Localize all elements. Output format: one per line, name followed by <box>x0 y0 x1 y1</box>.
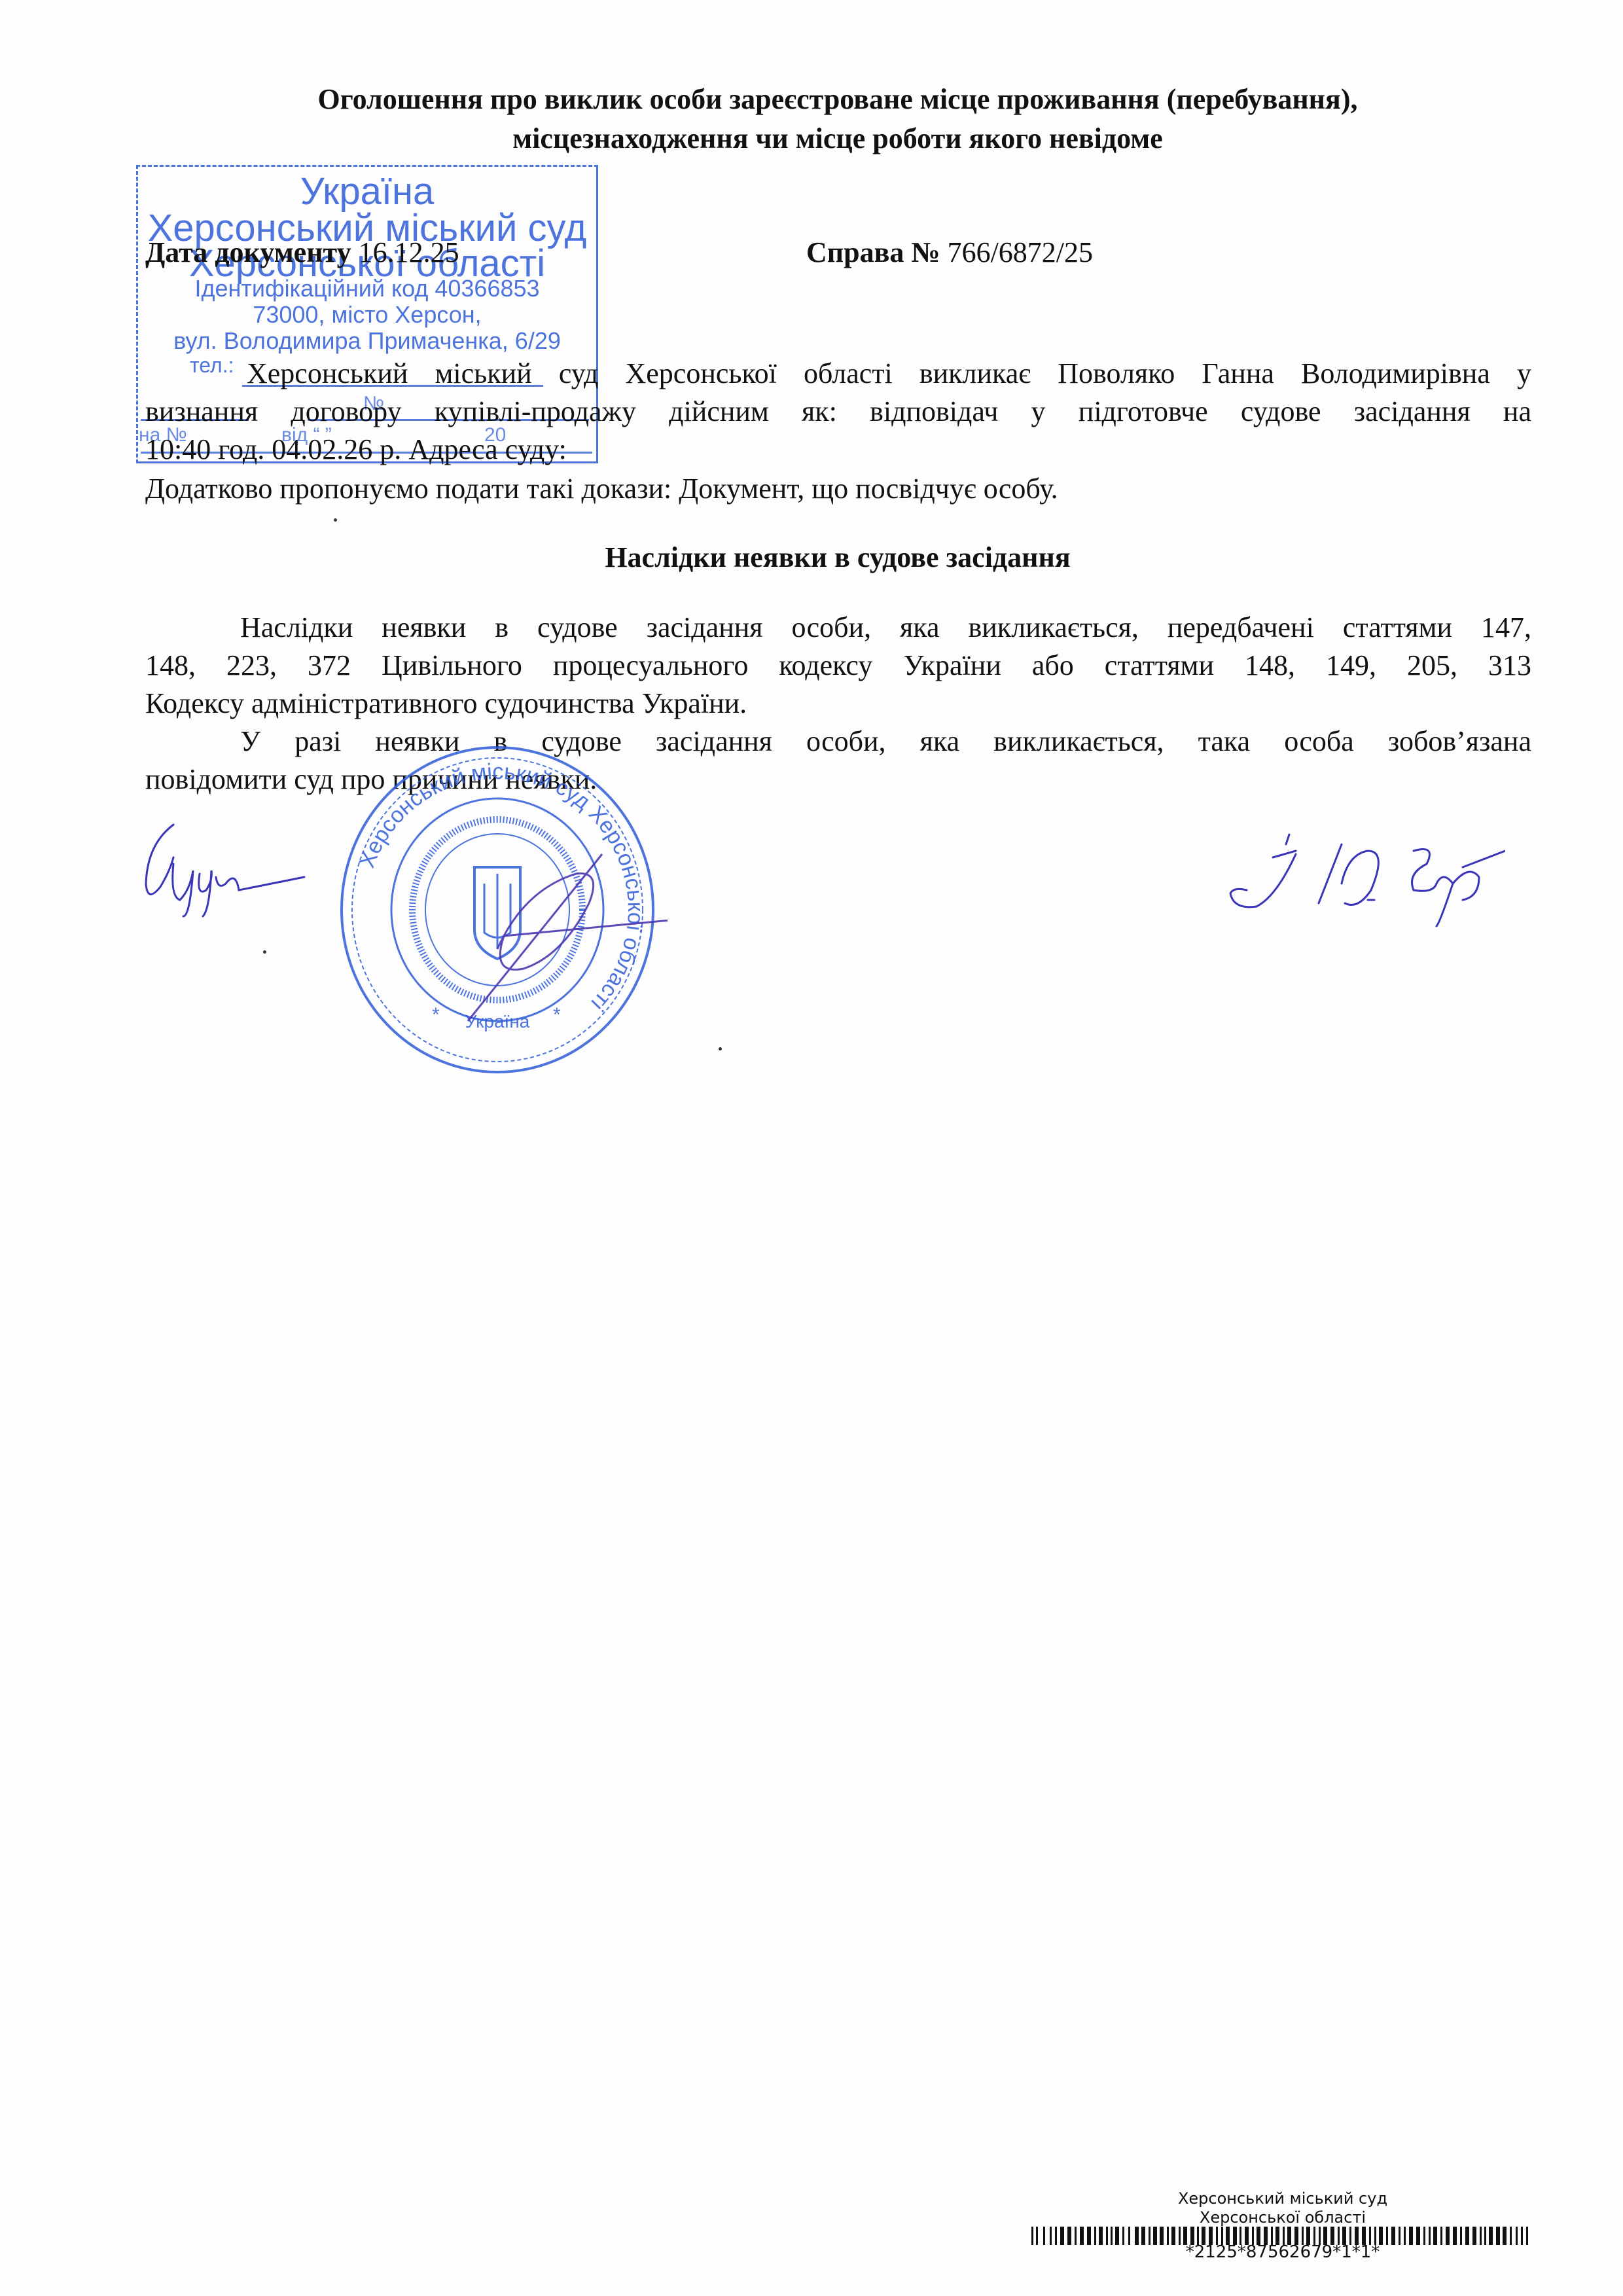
official-round-seal-icon: Херсонський міський суд Херсонської обла… <box>327 740 668 1080</box>
stamp-city: 73000, місто Херсон, <box>136 301 598 329</box>
case-number: Справа № 766/6872/25 <box>806 234 1093 271</box>
stamp-country: Україна <box>136 171 598 212</box>
document-date: Дата документу 16.12.25 <box>145 234 459 271</box>
summons-line-3: 10:40 год. 04.02.26 р. Адреса суду: <box>145 431 1531 469</box>
document-title-line-2: місцезнаходження чи місце роботи якого н… <box>144 119 1531 158</box>
summons-line-1: Херсонський міський суд Херсонської обла… <box>145 355 1531 393</box>
seal-bottom-text: Україна <box>465 1011 530 1031</box>
stamp-id-code: Ідентифікаційний код 40366853 <box>136 275 598 302</box>
scan-speck <box>263 950 266 954</box>
scan-speck <box>334 518 337 522</box>
consequences-heading: Наслідки неявки в судове засідання <box>144 538 1531 577</box>
case-value: 766/6872/25 <box>948 236 1093 268</box>
seal-star-right: * <box>553 1004 561 1026</box>
stamp-street: вул. Володимира Примаченка, 6/29 <box>136 327 598 355</box>
left-signature-icon <box>141 818 311 929</box>
footer-court-name: Херсонський міський суд <box>1080 2189 1486 2208</box>
consequences-par1-line-2: 148, 223, 372 Цивільного процесуального … <box>145 647 1531 685</box>
date-value: 16.12.25 <box>359 236 459 268</box>
barcode-number: *2125*87562679*1*1* <box>1080 2242 1486 2262</box>
summons-line-2: визнання договору купівлі-продажу дійсни… <box>145 393 1531 431</box>
document-title-line-1: Оголошення про виклик особи зареєстрован… <box>144 80 1531 119</box>
document-page: Оголошення про виклик особи зареєстрован… <box>0 0 1623 2296</box>
consequences-par1-line-1: Наслідки неявки в судове засідання особи… <box>145 609 1531 647</box>
seal-star-left: * <box>432 1004 440 1026</box>
right-signature-icon <box>1211 825 1505 936</box>
footer-court-region: Херсонської області <box>1080 2208 1486 2227</box>
summons-line-4: Додатково пропонуємо подати такі докази:… <box>145 470 1531 508</box>
scan-speck <box>719 1047 722 1050</box>
date-label: Дата документу <box>145 236 351 268</box>
consequences-par1-line-3: Кодексу адміністративного судочинства Ук… <box>145 685 1531 723</box>
case-label: Справа № <box>806 236 940 268</box>
